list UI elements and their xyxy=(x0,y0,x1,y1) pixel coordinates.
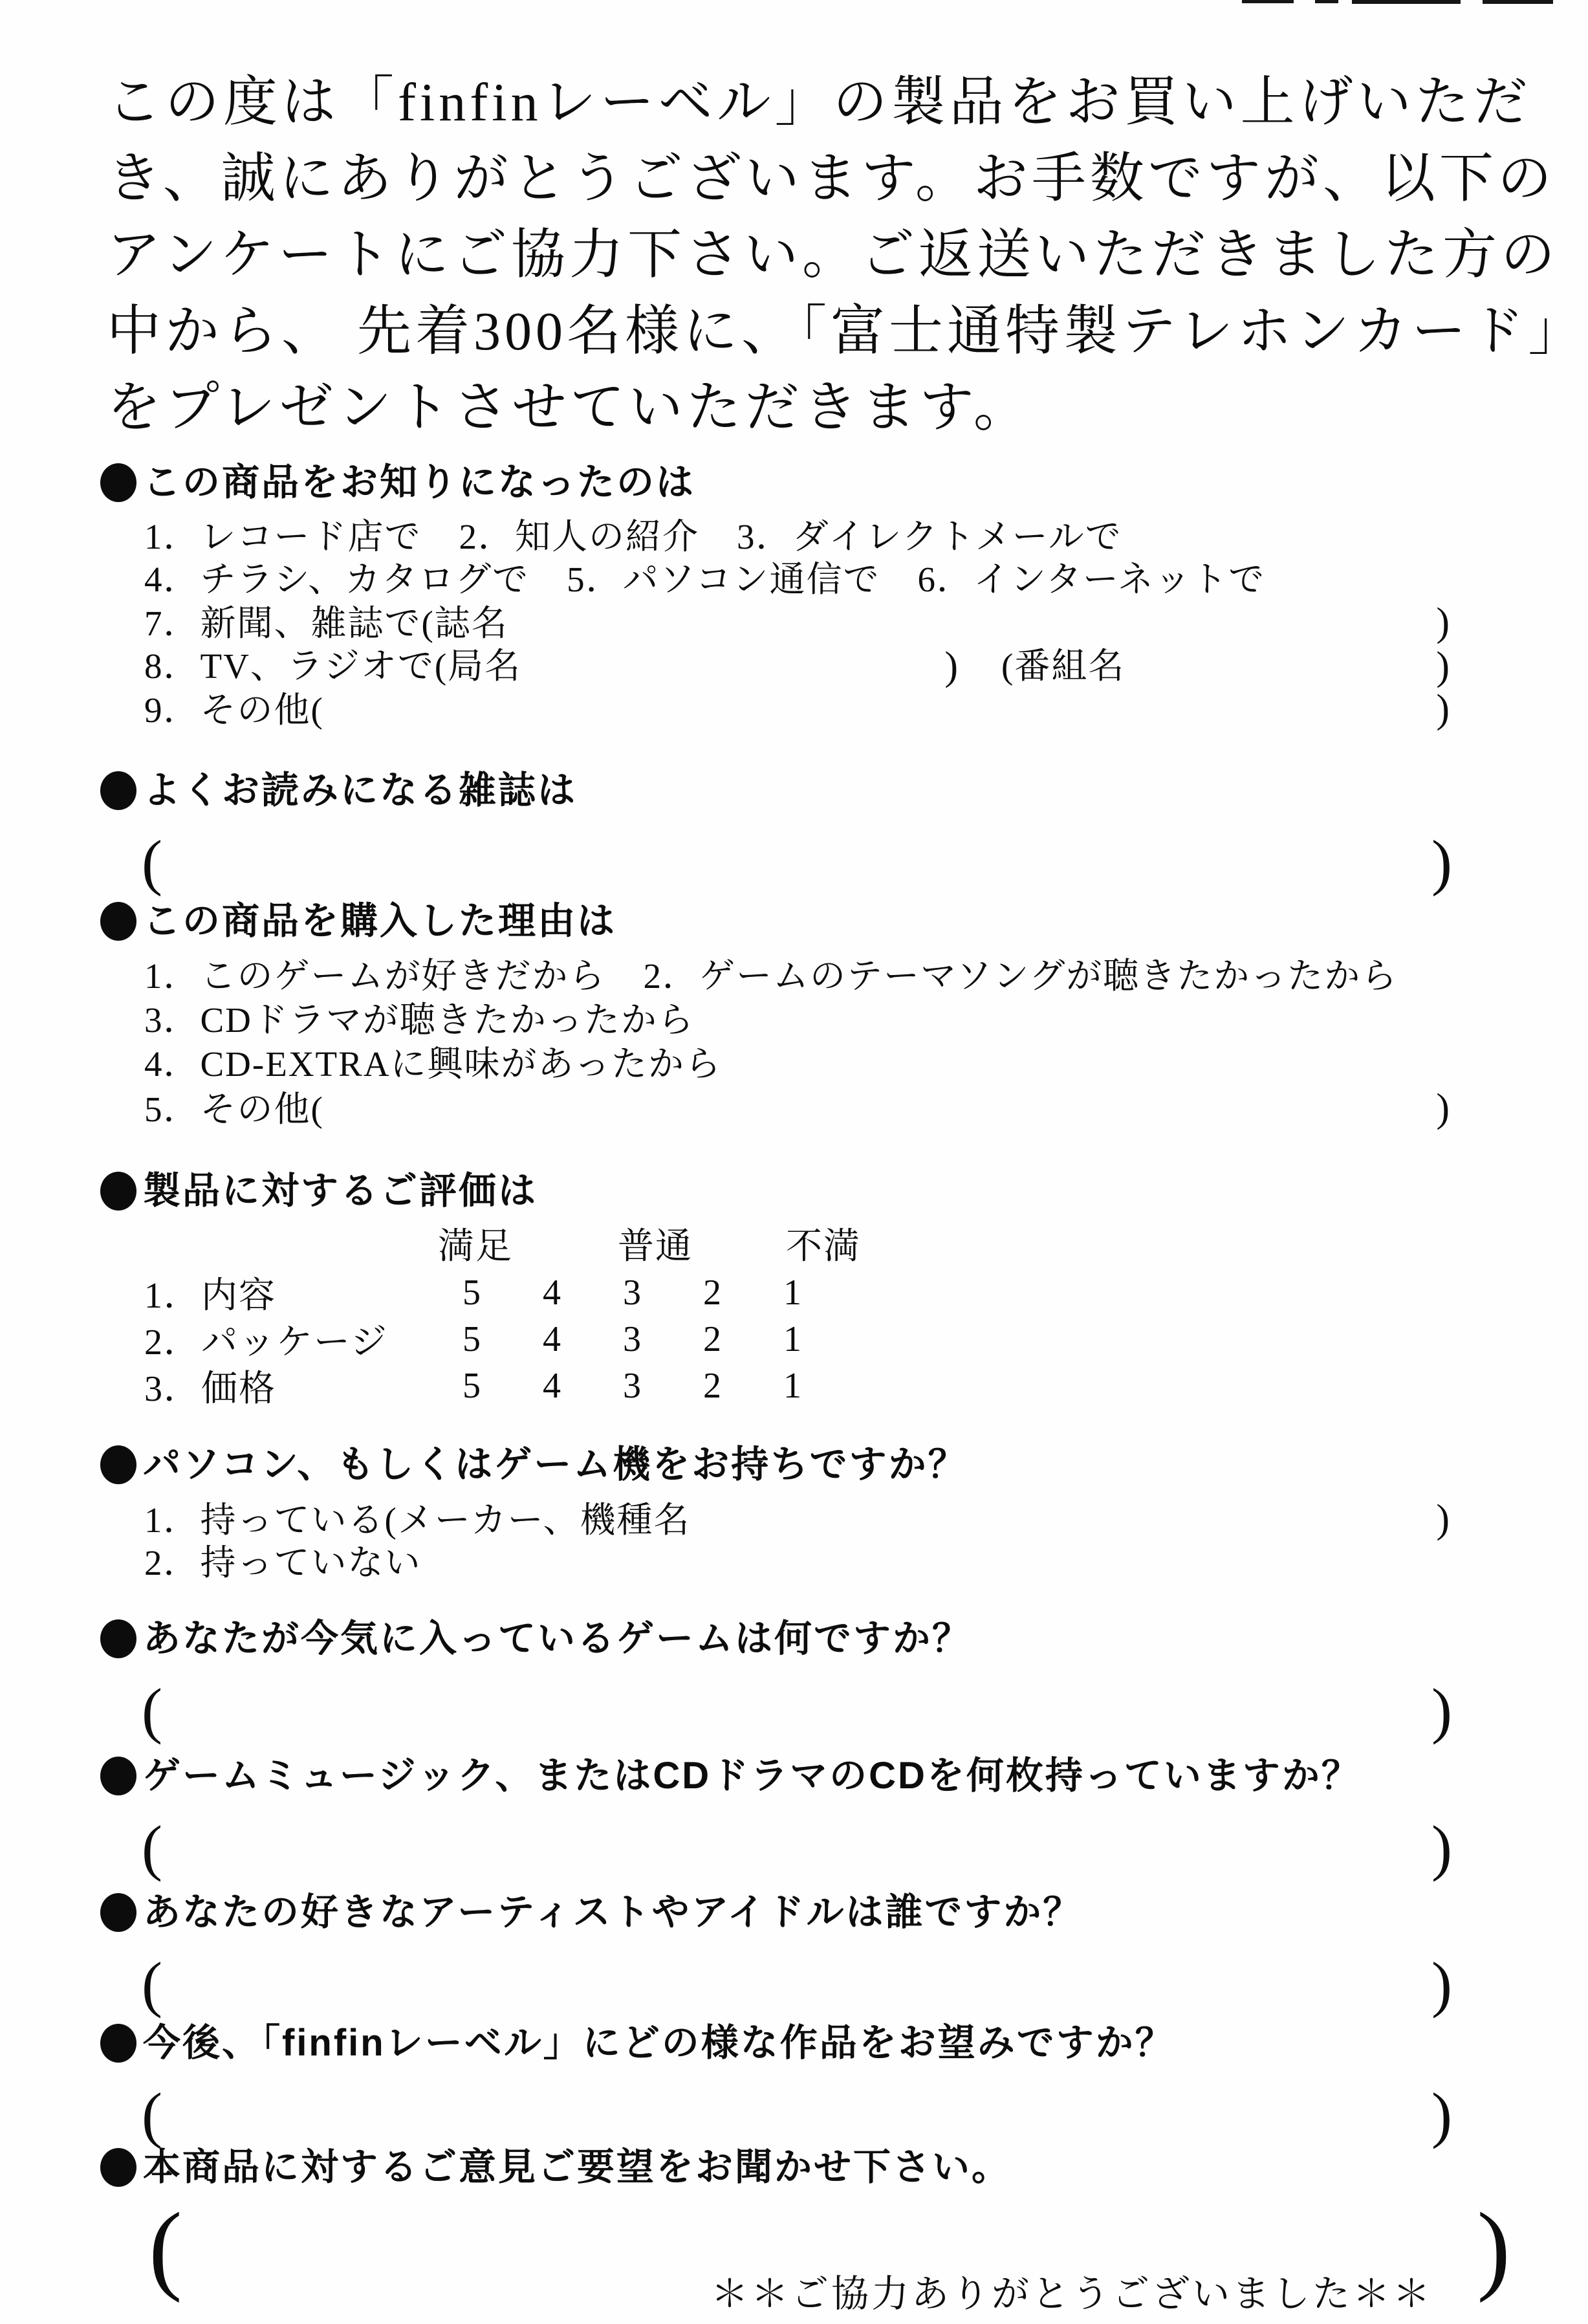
close-paren: ) xyxy=(1431,1948,1452,2021)
question-title: よくお読みになる雑誌は xyxy=(143,763,577,818)
question-title-row: あなたが今気に入っているゲームは何ですか？ xyxy=(100,1611,1575,1667)
option-row-not-own: 2．持っていない xyxy=(144,1542,1451,1584)
questionnaire-page: この度は「finfinレーベル」の製品をお買い上げいただ き、誠にありがとうござ… xyxy=(0,0,1588,2324)
intro-paragraph: この度は「finfinレーベル」の製品をお買い上げいただ き、誠にありがとうござ… xyxy=(107,65,1575,446)
rating-row-price: 3．価格 5 4 3 2 1 xyxy=(144,1363,1575,1409)
option-row-tv-radio: 8．TV、ラジオで(局名 ) (番組名 ) xyxy=(144,645,1451,688)
question-title: パソコン、もしくはゲーム機をお持ちですか？ xyxy=(143,1437,968,1493)
program-name-group: (番組名 ) xyxy=(1001,645,1451,688)
station-name-group: 8．TV、ラジオで(局名 ) xyxy=(144,645,959,688)
question-title: 今後、「finfinレーベル」にどの様な作品をお望みですか？ xyxy=(143,2015,1175,2071)
scale-1: 1 xyxy=(753,1272,833,1313)
scale-2: 2 xyxy=(673,1272,753,1313)
question-own-pc-or-console: パソコン、もしくはゲーム機をお持ちですか？ 1．持っている(メーカー、機種名 )… xyxy=(100,1437,1575,1584)
close-paren: ) xyxy=(1436,688,1451,730)
option-friend: 2．知人の紹介 xyxy=(459,516,700,558)
question-title-row: 製品に対するご評価は xyxy=(100,1163,1575,1219)
option-flyer-catalog: 4．チラシ、カタログで xyxy=(144,558,529,601)
answer-blank-parens: ( ) xyxy=(142,1948,1452,2021)
rating-row-label: 1．内容 xyxy=(144,1267,432,1319)
program-name-label: (番組名 xyxy=(1001,645,1125,688)
scan-artifact xyxy=(1242,0,1294,3)
close-paren: ) xyxy=(1436,1086,1451,1130)
scale-4: 4 xyxy=(512,1272,593,1313)
scale-3: 3 xyxy=(593,1365,673,1407)
option-theme-song: 2．ゲームのテーマソングが聴きたかったから xyxy=(644,954,1398,998)
bullet-icon xyxy=(100,1172,136,1211)
scale-label-satisfied: 満足 xyxy=(438,1224,513,1269)
question-title-row: パソコン、もしくはゲーム機をお持ちですか？ xyxy=(100,1437,1575,1493)
scan-artifact xyxy=(1483,0,1553,4)
bullet-icon xyxy=(100,1893,136,1932)
scale-label-normal: 普通 xyxy=(618,1224,693,1269)
option-newspaper-magazine: 7．新聞、雑誌で(誌名 xyxy=(144,602,508,645)
question-purchase-reason: この商品を購入した理由は 1．このゲームが好きだから 2．ゲームのテーマソングが… xyxy=(100,893,1575,1132)
bullet-icon xyxy=(100,771,136,810)
close-paren: ) xyxy=(1436,645,1451,688)
intro-line-1: この度は「finfinレーベル」の製品をお買い上げいただ xyxy=(107,65,1575,141)
scale-label-unsatisfied: 不満 xyxy=(786,1224,861,1269)
intro-line-5: をプレゼントさせていただきます。 xyxy=(107,370,1575,446)
option-row: 1．レコード店で 2．知人の紹介 3．ダイレクトメールで xyxy=(144,516,1451,558)
bullet-icon xyxy=(100,2024,136,2063)
answer-blank xyxy=(521,645,944,688)
scale-3: 3 xyxy=(593,1319,673,1360)
question-title-row: ゲームミュージック、またはCDドラマのCDを何枚持っていますか？ xyxy=(100,1748,1575,1804)
open-paren: ( xyxy=(142,826,162,899)
scan-artifact xyxy=(1352,0,1461,4)
option-pc-network: 5．パソコン通信で xyxy=(567,558,880,601)
scale-2: 2 xyxy=(673,1319,753,1360)
rating-row-label: 2．パッケージ xyxy=(144,1313,432,1365)
question-title: この商品を購入した理由は xyxy=(143,893,616,949)
rating-row-label: 3．価格 xyxy=(144,1360,432,1412)
option-row-other: 5．その他( ) xyxy=(144,1086,1451,1132)
scale-1: 1 xyxy=(753,1365,833,1407)
question-title-row: 本商品に対するご意見ご要望をお聞かせ下さい。 xyxy=(100,2140,1575,2195)
question-magazines-read: よくお読みになる雑誌は ( ) xyxy=(100,763,1575,899)
option-other: 5．その他( xyxy=(144,1088,324,1132)
question-title: ゲームミュージック、またはCDドラマのCDを何枚持っていますか？ xyxy=(143,1748,1361,1804)
intro-line-2: き、誠にありがとうございます。お手数ですが、以下の xyxy=(107,141,1575,217)
option-like-game: 1．このゲームが好きだから xyxy=(144,954,606,998)
bullet-icon xyxy=(100,2148,136,2187)
question-favorite-artist: あなたの好きなアーティストやアイドルは誰ですか？ ( ) xyxy=(100,1885,1575,2021)
question-title: あなたが今気に入っているゲームは何ですか？ xyxy=(143,1611,972,1667)
intro-line-3: アンケートにご協力下さい。ご返送いただきました方の xyxy=(107,217,1575,294)
option-not-own: 2．持っていない xyxy=(144,1542,422,1584)
option-tv-radio: 8．TV、ラジオで(局名 xyxy=(144,645,521,688)
question-title: この商品をお知りになったのは xyxy=(143,455,695,510)
close-paren: ) xyxy=(944,645,959,688)
close-paren: ) xyxy=(1436,1498,1451,1540)
option-internet: 6．インターネットで xyxy=(918,558,1266,601)
answer-options: 1．レコード店で 2．知人の紹介 3．ダイレクトメールで 4．チラシ、カタログで… xyxy=(144,516,1451,732)
rating-table: 満足 普通 不満 1．内容 5 4 3 2 1 2．パッケージ 5 4 3 2 … xyxy=(144,1224,1575,1409)
scale-5: 5 xyxy=(432,1365,512,1407)
scale-4: 4 xyxy=(512,1319,593,1360)
scale-5: 5 xyxy=(432,1272,512,1313)
option-label: 3．CDドラマが聴きたかったから xyxy=(144,998,695,1042)
option-own: 1．持っている(メーカー、機種名 xyxy=(144,1499,691,1542)
question-how-did-you-learn: この商品をお知りになったのは 1．レコード店で 2．知人の紹介 3．ダイレクトメ… xyxy=(100,455,1575,732)
open-paren: ( xyxy=(142,1674,162,1747)
scan-artifact xyxy=(1315,0,1338,3)
rating-scale-header: 満足 普通 不満 xyxy=(144,1224,1575,1269)
bullet-icon xyxy=(100,1619,136,1658)
answer-blank xyxy=(1125,645,1436,688)
option-row: 4．チラシ、カタログで 5．パソコン通信で 6．インターネットで xyxy=(144,558,1451,601)
question-title: 製品に対するご評価は xyxy=(143,1163,538,1219)
answer-options: 1．持っている(メーカー、機種名 ) 2．持っていない xyxy=(144,1498,1451,1584)
open-paren: ( xyxy=(149,2199,182,2296)
option-direct-mail: 3．ダイレクトメールで xyxy=(737,516,1122,558)
close-paren: ) xyxy=(1431,1674,1452,1747)
intro-line-4: 中から、 先着300名様に、「富士通特製テレホンカード」 xyxy=(107,294,1575,370)
open-paren: ( xyxy=(142,1812,162,1884)
option-other: 9．その他( xyxy=(144,689,324,732)
scale-5: 5 xyxy=(432,1319,512,1360)
question-cd-count: ゲームミュージック、またはCDドラマのCDを何枚持っていますか？ ( ) xyxy=(100,1748,1575,1884)
option-cd-extra: 4．CD-EXTRAに興味があったから xyxy=(144,1042,1451,1086)
question-favorite-game: あなたが今気に入っているゲームは何ですか？ ( ) xyxy=(100,1611,1575,1747)
rating-row-package: 2．パッケージ 5 4 3 2 1 xyxy=(144,1316,1575,1363)
bullet-icon xyxy=(100,463,136,502)
question-title-row: よくお読みになる雑誌は xyxy=(100,763,1575,818)
close-paren: ) xyxy=(1477,2199,1510,2296)
question-future-works: 今後、「finfinレーベル」にどの様な作品をお望みですか？ ( ) xyxy=(100,2015,1575,2151)
bullet-icon xyxy=(100,1757,136,1795)
option-row: 1．このゲームが好きだから 2．ゲームのテーマソングが聴きたかったから xyxy=(144,954,1451,998)
option-cd-drama: 3．CDドラマが聴きたかったから xyxy=(144,998,1451,1042)
question-title-row: あなたの好きなアーティストやアイドルは誰ですか？ xyxy=(100,1885,1575,1940)
close-paren: ) xyxy=(1431,826,1452,899)
option-row-other: 9．その他( ) xyxy=(144,688,1451,732)
close-paren: ) xyxy=(1431,1812,1452,1884)
option-label: 4．CD-EXTRAに興味があったから xyxy=(144,1042,722,1086)
scale-2: 2 xyxy=(673,1365,753,1407)
answer-blank-parens: ( ) xyxy=(142,1812,1452,1884)
answer-options: 1．このゲームが好きだから 2．ゲームのテーマソングが聴きたかったから 3．CD… xyxy=(144,954,1451,1132)
question-product-rating: 製品に対するご評価は 満足 普通 不満 1．内容 5 4 3 2 1 2．パッケ… xyxy=(100,1163,1575,1409)
question-title-row: この商品をお知りになったのは xyxy=(100,455,1575,510)
scale-4: 4 xyxy=(512,1365,593,1407)
rating-row-content: 1．内容 5 4 3 2 1 xyxy=(144,1269,1575,1316)
option-record-store: 1．レコード店で xyxy=(144,516,422,558)
question-title: 本商品に対するご意見ご要望をお聞かせ下さい。 xyxy=(143,2140,1011,2195)
scale-1: 1 xyxy=(753,1319,833,1360)
answer-blank-parens: ( ) xyxy=(142,1674,1452,1747)
question-title-row: この商品を購入した理由は xyxy=(100,893,1575,949)
bullet-icon xyxy=(100,902,136,941)
bullet-icon xyxy=(100,1445,136,1484)
question-title-row: 今後、「finfinレーベル」にどの様な作品をお望みですか？ xyxy=(100,2015,1575,2071)
thank-you-note: ＊＊ご協力ありがとうございました＊＊ xyxy=(711,2263,1433,2318)
close-paren: ) xyxy=(1436,601,1451,644)
open-paren: ( xyxy=(142,1948,162,2021)
answer-blank-parens: ( ) xyxy=(142,826,1452,899)
option-row-own: 1．持っている(メーカー、機種名 ) xyxy=(144,1498,1451,1542)
option-row-magazine: 7．新聞、雑誌で(誌名 ) xyxy=(144,601,1451,645)
scale-3: 3 xyxy=(593,1272,673,1313)
question-title: あなたの好きなアーティストやアイドルは誰ですか？ xyxy=(143,1885,1082,1940)
